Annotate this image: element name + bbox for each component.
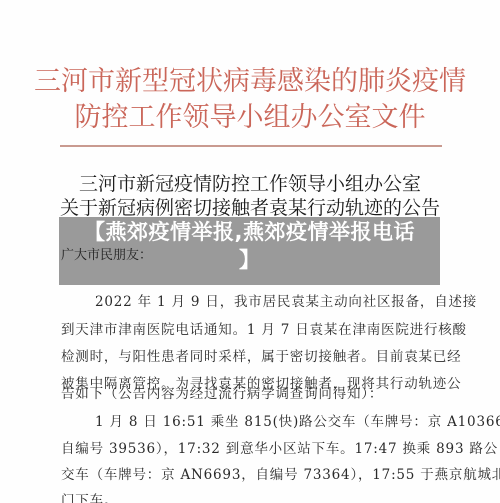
red-divider-line (60, 145, 442, 147)
title-overlay-banner: 广大市民朋友： 【燕郊疫情举报,燕郊疫情举报电话 】 (59, 217, 440, 285)
paragraph-2-line-2: 自编号 39536），17:32 到意华小区站下车。17:47 换乘 893 路… (61, 437, 498, 457)
red-header-line-1: 三河市新型冠状病毒感染的肺炎疫情 (0, 64, 500, 100)
paragraph-1-line-2: 到天津市津南医院电话通知。1 月 7 日袁某在津南医院进行核酸 (61, 318, 467, 338)
paragraph-1-line-3: 检测时，与阳性患者同时采样，属于密切接触者。目前袁某已经 (61, 345, 461, 365)
banner-closing-bracket: 】 (59, 247, 440, 273)
paragraph-2-line-3: 交车（车牌号：京 AN6693，自编号 73364），17:55 于燕京航城北 (61, 463, 500, 483)
paragraph-2-line-1: 1 月 8 日 16:51 乘坐 815(快)路公交车（车牌号：京 A10366… (95, 410, 500, 430)
document-page: 三河市新型冠状病毒感染的肺炎疫情 防控工作领导小组办公室文件 三河市新冠疫情防控… (0, 0, 500, 503)
paragraph-2-line-4: 门下车。 (61, 489, 118, 503)
paragraph-1-line-1: 2022 年 1 月 9 日，我市居民袁某主动向社区报备，自述接 (95, 290, 477, 310)
banner-title-text: 【燕郊疫情举报,燕郊疫情举报电话 (59, 219, 440, 245)
paragraph-1-line-5: 告如下（公告内容为经过流行病学调查询问得知）： (61, 382, 383, 402)
red-header-line-2: 防控工作领导小组办公室文件 (0, 100, 500, 136)
notice-heading-line-1: 三河市新冠疫情防控工作领导小组办公室 (0, 172, 500, 196)
